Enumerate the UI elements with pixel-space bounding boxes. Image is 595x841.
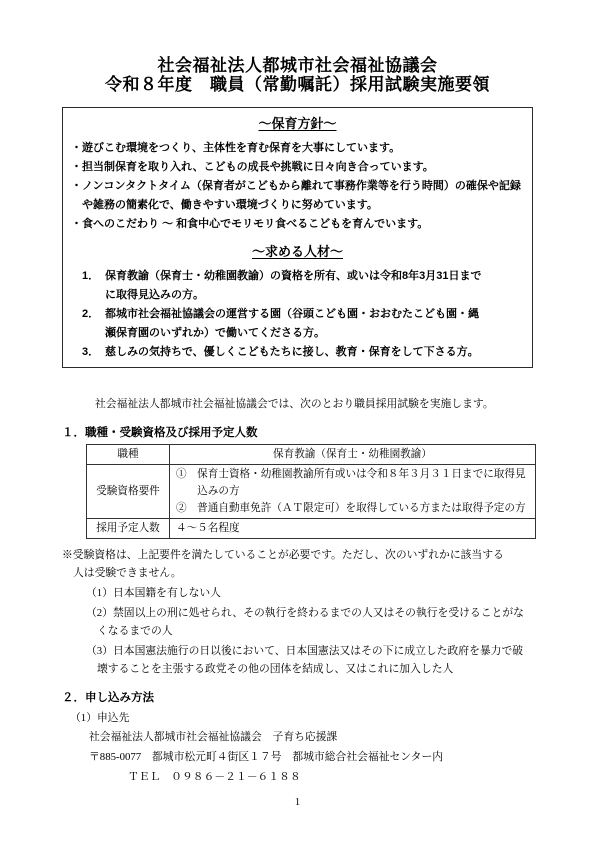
policy-heading: ～保育方針～ (71, 116, 524, 132)
jinzai-item: 3． 慈しみの気持ちで、優しくこどもたちに接し、教育・保育をして下さる方。 (82, 343, 524, 362)
title-line-1: 社会福祉法人都城市社会福祉協議会 (62, 56, 533, 75)
policy-bullet: ・ノンコンタクトタイム（保育者がこどもから離れて事務作業等を行う時間）の確保や記… (71, 177, 524, 215)
row-label: 受験資格要件 (87, 465, 170, 519)
table-row-saiyo: 採用予定人数 ４～５名程度 (87, 519, 536, 539)
recruitment-table: 職種 保育教諭（保育士・幼稚園教諭） 受験資格要件 ① 保育士資格・幼稚園教諭所… (86, 444, 536, 539)
section1-heading: １．職種・受験資格及び採用予定人数 (62, 426, 533, 440)
table-row-shokushu: 職種 保育教諭（保育士・幼稚園教諭） (87, 445, 536, 465)
jinzai-item-number: 3． (82, 343, 105, 362)
jinzai-heading: ～求める人材～ (71, 244, 524, 260)
jinzai-item-text: 都城市社会福祉協議会の運営する園（谷頭こども園・おおむたこども園・縄瀬保育園のい… (105, 305, 486, 343)
policy-box: ～保育方針～ ・遊びこむ環境をつくり、主体性を育む保育を大事にしています。 ・担… (62, 107, 533, 368)
row-label: 職種 (87, 445, 170, 465)
row-label: 採用予定人数 (87, 519, 170, 539)
eligibility-note: ※受験資格は、上記要件を満たしていることが必要です。ただし、次のいずれかに該当す… (62, 546, 513, 582)
address-line: 社会福祉法人都城市社会福祉協議会 子育ち応援課 (89, 727, 533, 747)
document-title: 社会福祉法人都城市社会福祉協議会 令和８年度 職員（常勤嘱託）採用試験実施要領 (62, 56, 533, 94)
policy-bullet: ・食へのこだわり ～ 和食中心でモリモリ食べるこどもを育んでいます。 (71, 215, 524, 234)
jinzai-item-number: 1． (82, 267, 105, 305)
section2-subheading: （1）申込先 (70, 709, 533, 727)
row-value: ① 保育士資格・幼稚園教諭所有或いは令和８年３月３１日までに取得見込みの方 ② … (170, 465, 536, 519)
table-row-shikaku: 受験資格要件 ① 保育士資格・幼稚園教諭所有或いは令和８年３月３１日までに取得見… (87, 465, 536, 519)
requirement-item: ① 保育士資格・幼稚園教諭所有或いは令和８年３月３１日までに取得見込みの方 (176, 466, 529, 500)
disqualification-item: （1）日本国籍を有しない人 (86, 584, 532, 602)
title-line-2: 令和８年度 職員（常勤嘱託）採用試験実施要領 (62, 75, 533, 94)
jinzai-item: 2． 都城市社会福祉協議会の運営する園（谷頭こども園・おおむたこども園・縄瀬保育… (82, 305, 524, 343)
disqualification-item: （3）日本国憲法施行の日以後において、日本国憲法又はその下に成立した政府を暴力で… (86, 642, 532, 678)
phone-line: ＴＥＬ ０９８６－２１－６１８８ (128, 767, 533, 787)
jinzai-item: 1． 保育教諭（保育士・幼稚園教諭）の資格を所有、或いは令和8年3月31日までに… (82, 267, 524, 305)
jinzai-item-number: 2． (82, 305, 105, 343)
page-number: 1 (0, 797, 595, 808)
row-value: 保育教諭（保育士・幼稚園教諭） (170, 445, 536, 465)
disqualification-item: （2）禁固以上の刑に処せられ、その執行を終わるまでの人又はその執行を受けることが… (86, 604, 532, 640)
document-page: 社会福祉法人都城市社会福祉協議会 令和８年度 職員（常勤嘱託）採用試験実施要領 … (0, 0, 595, 841)
jinzai-item-text: 慈しみの気持ちで、優しくこどもたちに接し、教育・保育をして下さる方。 (105, 343, 486, 362)
requirement-item: ② 普通自動車免許（ＡＴ限定可）を取得している方または取得予定の方 (176, 500, 529, 517)
intro-paragraph: 社会福祉法人都城市社会福祉協議会では、次のとおり職員採用試験を実施します。 (62, 395, 533, 413)
policy-bullet: ・担当制保育を取り入れ、こどもの成長や挑戦に日々向き合っています。 (71, 158, 524, 177)
address-line: 〒885-0077 都城市松元町４街区１７号 都城市総合社会福祉センター内 (89, 747, 533, 767)
policy-bullet: ・遊びこむ環境をつくり、主体性を育む保育を大事にしています。 (71, 139, 524, 158)
row-value: ４～５名程度 (170, 519, 536, 539)
section2-heading: ２．申し込み方法 (62, 691, 533, 705)
jinzai-item-text: 保育教諭（保育士・幼稚園教諭）の資格を所有、或いは令和8年3月31日までに取得見… (105, 267, 486, 305)
